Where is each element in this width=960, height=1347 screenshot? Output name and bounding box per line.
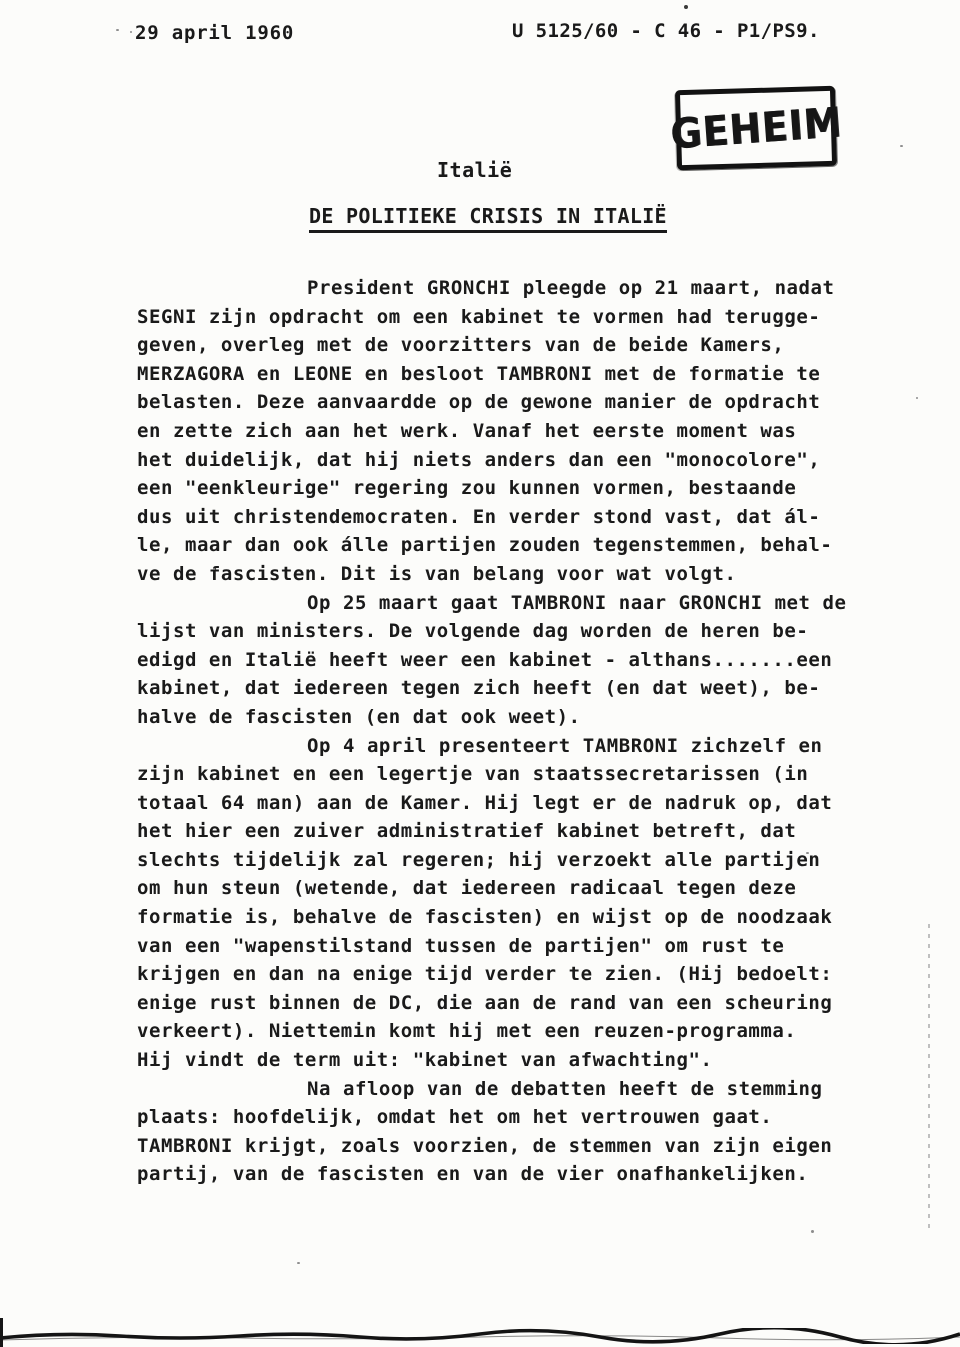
scan-artifact-dashed-line bbox=[928, 924, 930, 1229]
body-line: een "eenkleurige" regering zou kunnen vo… bbox=[137, 474, 877, 503]
body-line: om hun steun (wetende, dat iedereen radi… bbox=[137, 874, 877, 903]
body-line: edigd en Italië heeft weer een kabinet -… bbox=[137, 646, 877, 675]
body-line: slechts tijdelijk zal regeren; hij verzo… bbox=[137, 846, 877, 875]
document-body: President GRONCHI pleegde op 21 maart, n… bbox=[137, 274, 877, 1189]
body-line: Op 25 maart gaat TAMBRONI naar GRONCHI m… bbox=[137, 589, 877, 618]
scan-bottom-rule bbox=[0, 1328, 960, 1344]
body-line: belasten. Deze aanvaardde op de gewone m… bbox=[137, 388, 877, 417]
body-line: TAMBRONI krijgt, zoals voorzien, de stem… bbox=[137, 1132, 877, 1161]
body-line: Op 4 april presenteert TAMBRONI zichzelf… bbox=[137, 732, 877, 761]
document-title: DE POLITIEKE CRISIS IN ITALIË bbox=[309, 204, 667, 233]
body-line: verkeert). Niettemin komt hij met een re… bbox=[137, 1017, 877, 1046]
body-line: en zette zich aan het werk. Vanaf het ee… bbox=[137, 417, 877, 446]
body-line: het duidelijk, dat hij niets anders dan … bbox=[137, 446, 877, 475]
scan-speck bbox=[916, 397, 918, 399]
body-line: Na afloop van de debatten heeft de stemm… bbox=[137, 1075, 877, 1104]
body-line: totaal 64 man) aan de Kamer. Hij legt er… bbox=[137, 789, 877, 818]
body-line: halve de fascisten (en dat ook weet). bbox=[137, 703, 877, 732]
geheim-stamp-label: GEHEIM bbox=[669, 98, 844, 158]
scan-speck bbox=[130, 31, 132, 33]
scan-speck bbox=[900, 145, 903, 147]
body-line: SEGNI zijn opdracht om een kabinet te vo… bbox=[137, 303, 877, 332]
scan-speck bbox=[213, 568, 215, 570]
scan-speck bbox=[811, 1230, 814, 1233]
body-line: dus uit christendemocraten. En verder st… bbox=[137, 503, 877, 532]
body-line: kabinet, dat iedereen tegen zich heeft (… bbox=[137, 674, 877, 703]
document-date: 29 april 1960 bbox=[135, 22, 294, 44]
scan-speck bbox=[684, 5, 688, 9]
body-line: lijst van ministers. De volgende dag wor… bbox=[137, 617, 877, 646]
body-line: van een "wapenstilstand tussen de partij… bbox=[137, 932, 877, 961]
body-line: enige rust binnen de DC, die aan de rand… bbox=[137, 989, 877, 1018]
body-line: Hij vindt de term uit: "kabinet van afwa… bbox=[137, 1046, 877, 1075]
scan-edge-mark bbox=[0, 1318, 3, 1347]
body-line: formatie is, behalve de fascisten) en wi… bbox=[137, 903, 877, 932]
body-line: plaats: hoofdelijk, omdat het om het ver… bbox=[137, 1103, 877, 1132]
body-line: partij, van de fascisten en van de vier … bbox=[137, 1160, 877, 1189]
body-line: het hier een zuiver administratief kabin… bbox=[137, 817, 877, 846]
scan-speck bbox=[297, 1262, 300, 1264]
scan-speck bbox=[116, 29, 119, 31]
body-line: geven, overleg met de voorzitters van de… bbox=[137, 331, 877, 360]
body-line: President GRONCHI pleegde op 21 maart, n… bbox=[137, 274, 877, 303]
scan-speck bbox=[806, 852, 809, 854]
body-line: MERZAGORA en LEONE en besloot TAMBRONI m… bbox=[137, 360, 877, 389]
reference-number: U 5125/60 - C 46 - P1/PS9. bbox=[512, 20, 820, 42]
geheim-stamp: GEHEIM bbox=[675, 86, 837, 170]
body-line: ve de fascisten. Dit is van belang voor … bbox=[137, 560, 877, 589]
body-line: zijn kabinet en een legertje van staatss… bbox=[137, 760, 877, 789]
document-page: 29 april 1960 U 5125/60 - C 46 - P1/PS9.… bbox=[0, 0, 960, 1347]
country-heading: Italië bbox=[437, 158, 512, 182]
body-line: krijgen en dan na enige tijd verder te z… bbox=[137, 960, 877, 989]
body-line: le, maar dan ook álle partijen zouden te… bbox=[137, 531, 877, 560]
